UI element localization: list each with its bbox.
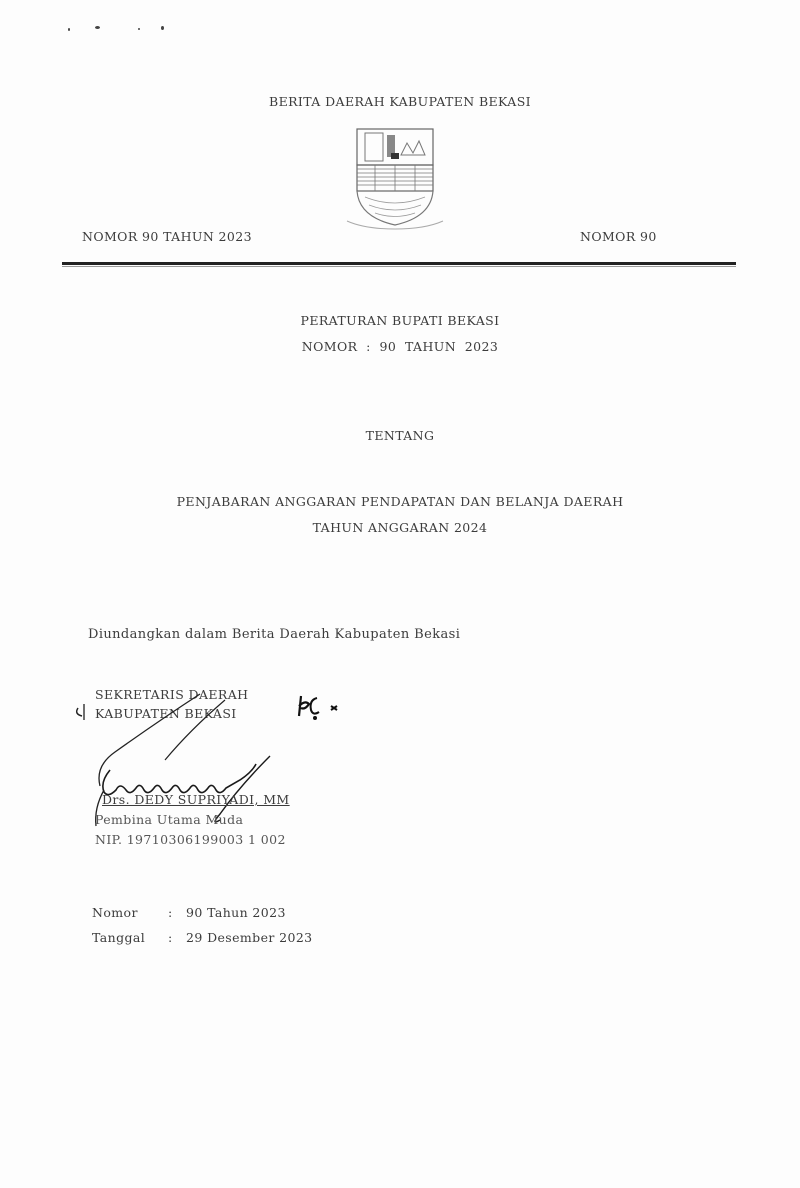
regulation-about: TENTANG xyxy=(0,428,800,443)
header-divider-thin xyxy=(62,266,736,267)
regulation-number: NOMOR : 90 TAHUN 2023 xyxy=(0,339,800,354)
regulation-title-line1: PENJABARAN ANGGARAN PENDAPATAN DAN BELAN… xyxy=(0,494,800,509)
publication-title: BERITA DAERAH KABUPATEN BEKASI xyxy=(0,94,800,109)
signatory-rank: Pembina Utama Muda xyxy=(95,812,243,827)
registration-date-sep: : xyxy=(168,930,173,945)
registration-date-value: 29 Desember 2023 xyxy=(186,930,313,945)
registration-number-value: 90 Tahun 2023 xyxy=(186,905,286,920)
registration-number-label: Nomor xyxy=(92,905,138,920)
signatory-nip: NIP. 19710306199003 1 002 xyxy=(95,832,286,847)
header-divider xyxy=(62,262,736,265)
signatory-name: Drs. DEDY SUPRIYADI, MM xyxy=(102,792,290,807)
initial-mark-icon xyxy=(295,690,345,725)
header-number: NOMOR 90 xyxy=(580,229,657,244)
document-page: BERITA DAERAH KABUPATEN BEKASI NOMOR 90 … xyxy=(0,0,800,1188)
regulation-type: PERATURAN BUPATI BEKASI xyxy=(0,313,800,328)
regulation-title-line2: TAHUN ANGGARAN 2024 xyxy=(0,520,800,535)
promulgation-statement: Diundangkan dalam Berita Daerah Kabupate… xyxy=(88,627,460,642)
registration-number-sep: : xyxy=(168,905,173,920)
header-number-year: NOMOR 90 TAHUN 2023 xyxy=(82,229,252,244)
coat-of-arms-icon xyxy=(345,125,445,233)
registration-date-label: Tanggal xyxy=(92,930,145,945)
